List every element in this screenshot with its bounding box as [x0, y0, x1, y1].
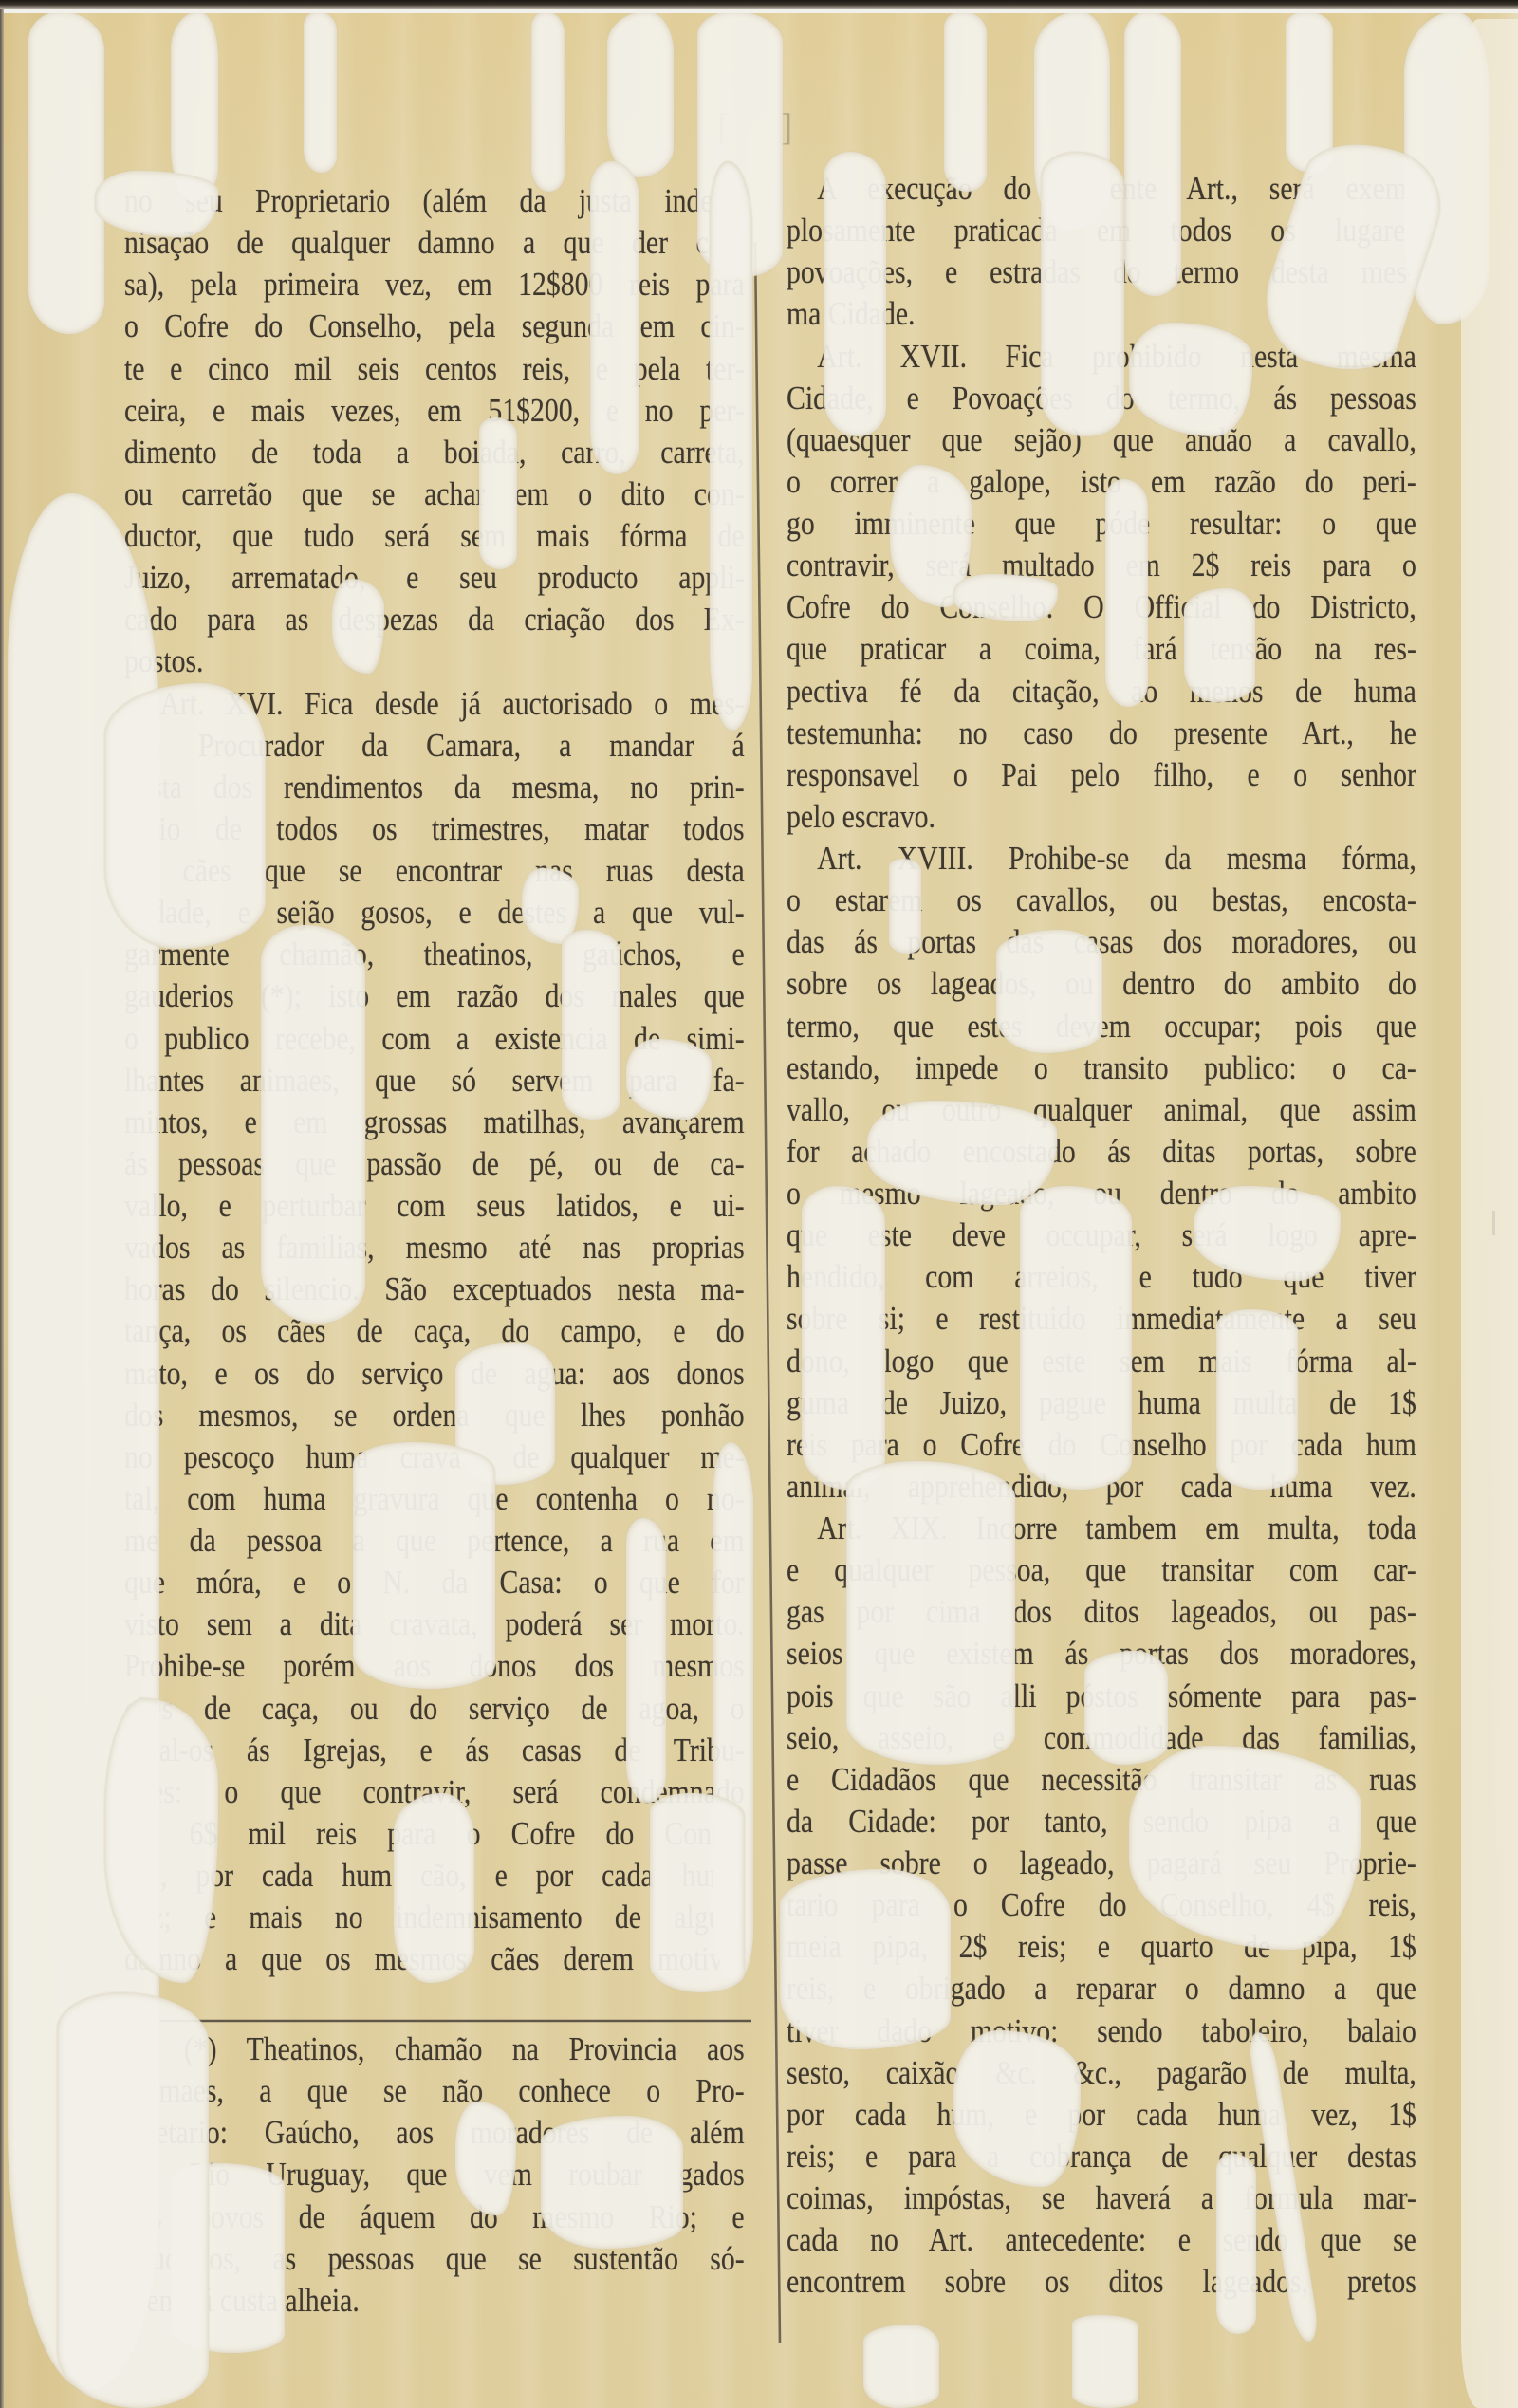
- text-line: pectiva fé da citação, ao menos de huma: [787, 671, 1416, 713]
- page-edge-wear: [1461, 19, 1518, 2408]
- text-line: sa), pela primeira vez, em 12$800 reis p…: [124, 264, 745, 306]
- water-damage-stain: [650, 1793, 745, 1992]
- column-divider-rule: [755, 242, 780, 2343]
- text-line: encontrem sobre os ditos lageados, preto…: [787, 2261, 1416, 2303]
- text-line: sesto, caixão &c. &c., pagarão de multa,: [787, 2052, 1416, 2094]
- water-damage-stain: [261, 925, 365, 1324]
- water-damage-stain: [802, 1186, 885, 1490]
- text-line: contravir, será multado em 2$ reis para …: [787, 545, 1416, 586]
- text-line: nisação de qualquer damno a que der cau-: [124, 222, 745, 264]
- text-line: Juizo, arrematado, e seu producto appli-: [124, 557, 745, 599]
- text-line: ás pessoas que passão de pé, ou de ca-: [124, 1143, 745, 1185]
- text-line: o estarem os cavallos, ou bestas, encost…: [787, 880, 1416, 921]
- text-line: horas do silencio. São exceptuados nesta…: [124, 1269, 745, 1310]
- water-damage-stain: [824, 152, 886, 436]
- text-line: estando, impede o transito publico: o ca…: [787, 1047, 1416, 1089]
- water-damage-stain: [846, 1461, 1015, 1765]
- footnote-first-line: (*) Theatinos, chamão na Provincia aos: [124, 2028, 745, 2070]
- scan-left-edge: [0, 9, 4, 2408]
- text-line: o Cofre do Conselho, pela segunda em cin…: [124, 306, 745, 347]
- water-damage-stain: [780, 1869, 951, 2049]
- paragraph-end-line: pelo escravo.: [787, 796, 1416, 838]
- water-damage-stain: [28, 11, 104, 334]
- text-line: coimas, impóstas, se haverá a formula ma…: [787, 2177, 1416, 2219]
- text-line: Cofre do Conselho. O Official do Distric…: [787, 586, 1416, 628]
- water-damage-stain: [1020, 1186, 1132, 1490]
- water-damage-stain: [104, 683, 266, 949]
- text-line: vallo, e perturbar com seus latidos, e u…: [124, 1185, 745, 1227]
- text-line: o correr a galope, isto em razão do peri…: [787, 461, 1416, 503]
- water-damage-stain: [541, 2116, 683, 2249]
- text-line: ductor, que tudo será sem mais fórma de: [124, 515, 745, 557]
- water-damage-stain: [1084, 1651, 1168, 1765]
- text-line: por cada hum, e por cada huma vez, 1$: [787, 2094, 1416, 2136]
- water-damage-stain: [590, 161, 639, 474]
- text-line: testemunha: no caso do presente Art., he: [787, 713, 1416, 754]
- water-damage-stain: [562, 930, 620, 1120]
- text-line: gauderios (*); isto em razão dos males q…: [124, 975, 745, 1017]
- text-line: cada no Art. antecedente: e sendo que se: [787, 2219, 1416, 2261]
- water-damage-stain: [57, 1992, 209, 2408]
- water-damage-stain: [1216, 1309, 1298, 1490]
- water-damage-stain: [996, 930, 1102, 1053]
- text-line: cado para as despezas da criação dos Ex-: [124, 599, 745, 640]
- water-damage-stain: [353, 1442, 495, 1689]
- water-damage-stain: [531, 11, 565, 192]
- water-damage-stain: [479, 417, 517, 569]
- article-heading-line-art-xviii: Art. XVIII. Prohibe-se da mesma fórma,: [787, 838, 1416, 880]
- text-line: te e cinco mil seis centos reis, e pela …: [124, 348, 745, 390]
- text-line: que praticar a coima, fará tensão na res…: [787, 628, 1416, 670]
- text-line: ceira, e mais vezes, em 51$200, e no per…: [124, 390, 745, 432]
- text-line: vados as familias, mesmo até nas propria…: [124, 1227, 745, 1269]
- text-line: mato, e os do serviço de agua: aos donos: [124, 1353, 745, 1395]
- water-damage-stain: [1216, 2154, 1256, 2334]
- text-line: go imminente que póde resultar: o que: [787, 503, 1416, 545]
- paragraph-end-line: postos.: [124, 640, 745, 682]
- text-line: animaes, a que se não conhece o Pro-: [124, 2070, 745, 2112]
- water-damage-stain: [1072, 2315, 1138, 2408]
- water-damage-stain: [304, 11, 337, 173]
- water-damage-stain: [1184, 588, 1255, 702]
- water-damage-stain: [863, 2325, 939, 2408]
- water-damage-stain: [889, 859, 921, 954]
- water-damage-stain: [1105, 479, 1148, 707]
- text-line: responsavel o Pai pelo filho, e o senhor: [787, 754, 1416, 796]
- water-damage-stain: [607, 11, 674, 177]
- document-page: [ ] no seu Proprietario (além da justa i…: [0, 0, 1518, 2408]
- text-line: ou carretão que se achar em o dito con-: [124, 473, 745, 515]
- water-damage-stain: [1124, 11, 1181, 296]
- text-line: tança, os cães de caça, do campo, e do: [124, 1310, 745, 1352]
- scan-top-margin: [0, 9, 1518, 13]
- water-damage-stain: [944, 11, 987, 192]
- text-line: reis; e para a cobrança de qualquer dest…: [787, 2136, 1416, 2177]
- water-damage-stain: [394, 1793, 474, 1983]
- water-damage-stain: [710, 161, 752, 731]
- scan-top-edge: [0, 0, 1518, 9]
- text-line: dimento de toda a boiada, carro, carreta…: [124, 432, 745, 473]
- text-line: dos mesmos, se ordena que lhes ponhão: [124, 1395, 745, 1436]
- water-damage-stain: [626, 1518, 666, 1803]
- water-damage-stain: [1041, 152, 1124, 436]
